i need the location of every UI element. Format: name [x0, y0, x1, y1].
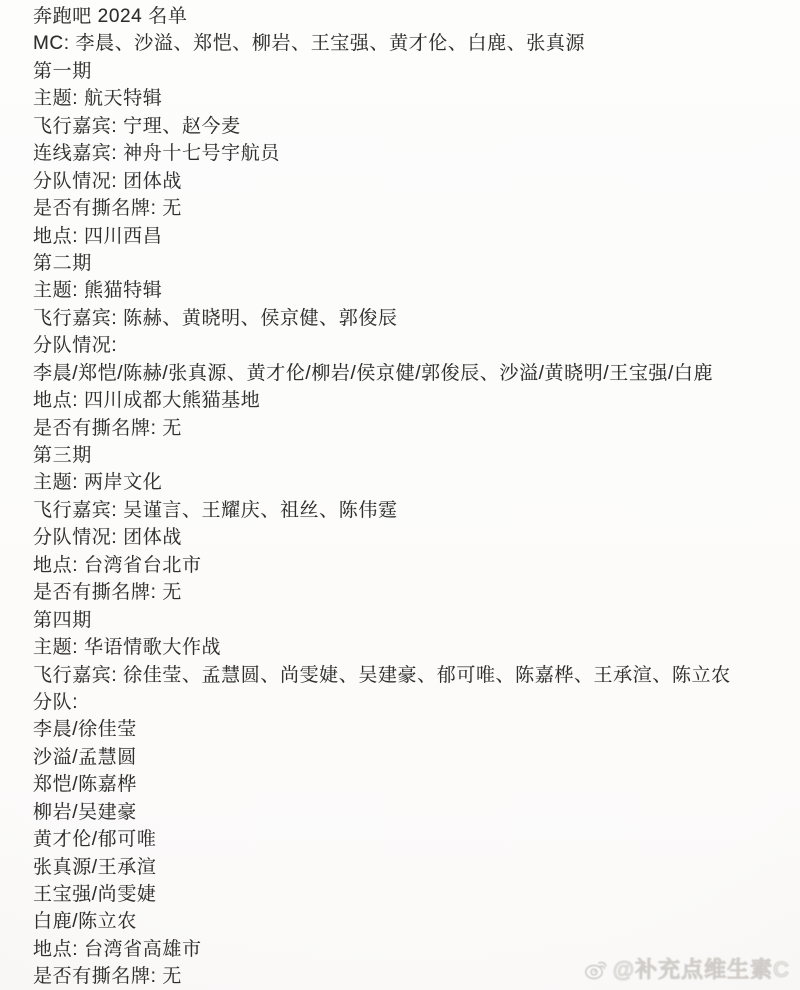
text-line: 第一期	[33, 58, 784, 85]
text-line: 李晨/徐佳莹	[33, 716, 784, 743]
text-line: 黄才伦/郁可唯	[33, 826, 784, 853]
text-line: 飞行嘉宾: 徐佳莹、孟慧圆、尚雯婕、吴建豪、郁可唯、陈嘉桦、王承渲、陈立农	[33, 662, 784, 689]
text-line: 第三期	[33, 442, 784, 469]
text-line: 是否有撕名牌: 无	[33, 579, 784, 606]
note-screenshot: { "document": { "lines": [ "奔跑吧 2024 名单"…	[0, 0, 800, 990]
text-line: 分队情况: 团体战	[33, 524, 784, 551]
text-line: 地点: 台湾省台北市	[33, 552, 784, 579]
watermark: @补充点维生素C	[583, 953, 790, 984]
text-line: 主题: 航天特辑	[33, 85, 784, 112]
text-line: 李晨/郑恺/陈赫/张真源、黄才伦/柳岩/侯京健/郭俊辰、沙溢/黄晓明/王宝强/白…	[33, 360, 784, 387]
text-line: 第四期	[33, 607, 784, 634]
text-line: 张真源/王承渲	[33, 854, 784, 881]
text-line: 地点: 四川西昌	[33, 223, 784, 250]
text-line: 主题: 两岸文化	[33, 469, 784, 496]
text-line: 白鹿/陈立农	[33, 908, 784, 935]
document-title: 奔跑吧 2024 名单	[33, 3, 784, 30]
text-line: 郑恺/陈嘉桦	[33, 771, 784, 798]
watermark-text: @补充点维生素C	[613, 953, 790, 984]
text-line: 是否有撕名牌: 无	[33, 415, 784, 442]
text-line: 分队情况: 团体战	[33, 168, 784, 195]
text-line: 分队:	[33, 689, 784, 716]
text-line: 第二期	[33, 250, 784, 277]
text-line: 飞行嘉宾: 陈赫、黄晓明、侯京健、郭俊辰	[33, 305, 784, 332]
text-line: 分队情况:	[33, 332, 784, 359]
text-line: 地点: 四川成都大熊猫基地	[33, 387, 784, 414]
text-line: 是否有撕名牌: 无	[33, 195, 784, 222]
text-line: 主题: 华语情歌大作战	[33, 634, 784, 661]
text-line: 飞行嘉宾: 宁理、赵今麦	[33, 113, 784, 140]
weibo-logo-icon	[583, 957, 609, 981]
text-line: MC: 李晨、沙溢、郑恺、柳岩、王宝强、黄才伦、白鹿、张真源	[33, 30, 784, 57]
note-body: 奔跑吧 2024 名单MC: 李晨、沙溢、郑恺、柳岩、王宝强、黄才伦、白鹿、张真…	[33, 3, 784, 990]
text-line: 飞行嘉宾: 吴谨言、王耀庆、祖丝、陈伟霆	[33, 497, 784, 524]
text-line: 连线嘉宾: 神舟十七号宇航员	[33, 140, 784, 167]
text-line: 沙溢/孟慧圆	[33, 744, 784, 771]
text-line: 王宝强/尚雯婕	[33, 881, 784, 908]
text-line: 主题: 熊猫特辑	[33, 277, 784, 304]
text-line: 柳岩/吴建豪	[33, 799, 784, 826]
